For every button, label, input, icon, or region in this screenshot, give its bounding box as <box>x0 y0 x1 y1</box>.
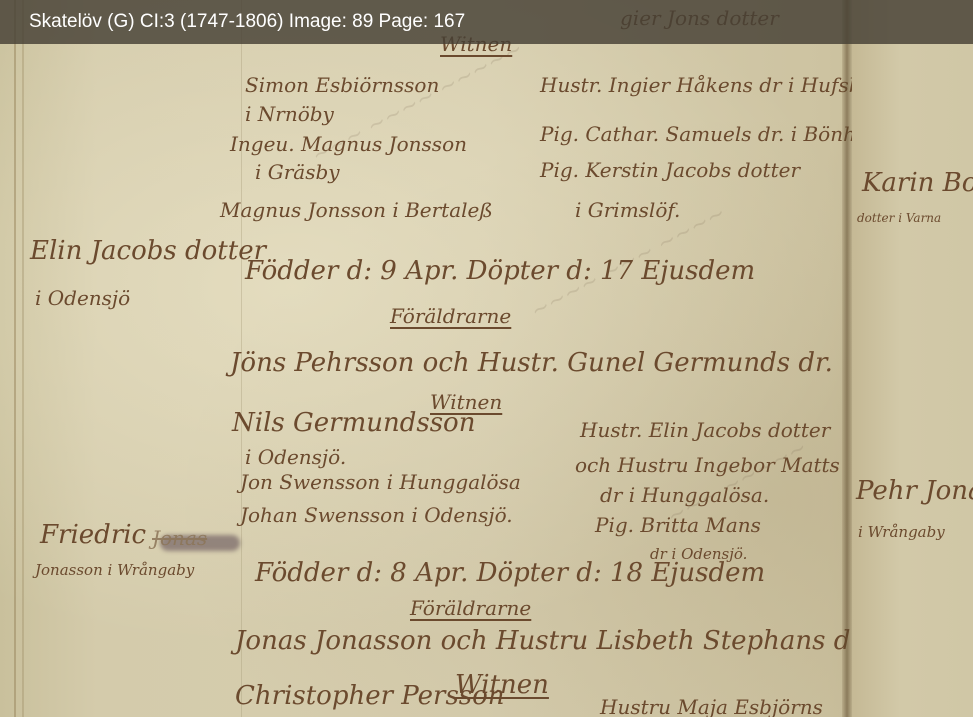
godmother-1-4: i Grimslöf. <box>575 200 680 220</box>
margin-name-2: Elin Jacobs dotter <box>30 238 266 264</box>
margin-surname-3: Jonasson i Wrångaby <box>35 563 194 578</box>
right-entry-1-name: Karin Bo <box>862 170 973 196</box>
parents-2: Jöns Pehrsson och Hustr. Gunel Germunds … <box>230 350 833 376</box>
witness-2-3: Jon Swensson i Hunggalösa <box>240 472 521 492</box>
parents-label-2: Föräldrarne <box>390 306 511 326</box>
witness-1-3: Ingeu. Magnus Jonsson <box>230 134 467 154</box>
witness-1-5: Magnus Jonsson i Bertaleß <box>220 200 493 220</box>
left-edge-line <box>14 0 16 717</box>
witness-2-2: i Odensjö. <box>245 447 346 467</box>
parents-label-3: Föräldrarne <box>410 598 531 618</box>
godmother-2-2: och Hustru Ingebor Matts <box>575 455 840 475</box>
left-edge-line-inner <box>22 0 24 717</box>
margin-place-2: i Odensjö <box>35 288 130 308</box>
godmother-1-1: Hustr. Ingier Håkens dr i Hufsby <box>540 75 873 95</box>
right-entry-1-line2: dotter i Varna <box>857 212 941 224</box>
witness-1-1: Simon Esbiörnsson <box>245 75 439 95</box>
viewer-title-bar: Skatelöv (G) CI:3 (1747-1806) Image: 89 … <box>0 0 973 44</box>
godmother-2-1: Hustr. Elin Jacobs dotter <box>580 420 830 440</box>
witness-1-4: i Gräsby <box>255 162 340 182</box>
godmother-1-2: Pig. Cathar. Samuels dr. i Bönhy <box>540 124 867 144</box>
margin-name-3: Friedric <box>40 522 146 548</box>
witness-2-4: Johan Swensson i Odensjö. <box>240 505 513 525</box>
witness-2-1: Nils Germundsson <box>232 410 475 436</box>
godmother-1-3: Pig. Kerstin Jacobs dotter <box>540 160 800 180</box>
godmother-3-fragment: Hustru Maja Esbjörns <box>600 697 823 717</box>
witness-1-2: i Nrnöby <box>245 104 334 124</box>
margin-name-3-struck: Jonas <box>152 528 207 548</box>
right-page <box>852 0 973 717</box>
birth-line-3: Födder d: 8 Apr. Döpter d: 18 Ejusdem <box>255 560 765 586</box>
page-gutter <box>842 0 852 717</box>
image-title: Skatelöv (G) CI:3 (1747-1806) Image: 89 … <box>29 11 465 33</box>
godmother-2-3: dr i Hunggalösa. <box>600 485 769 505</box>
witness-3-1: Christopher Persson <box>235 683 505 709</box>
parents-3: Jonas Jonasson och Hustru Lisbeth Stepha… <box>235 628 868 654</box>
birth-line-2: Födder d: 9 Apr. Döpter d: 17 Ejusdem <box>245 258 755 284</box>
godmother-2-4: Pig. Britta Mans <box>595 515 761 535</box>
right-entry-2-line2: i Wrångaby <box>858 525 945 540</box>
document-scan[interactable]: ~~~ ~~~~ ~~~~~ ~~~~ ~~~ ~~~~ ~~~ ~~~~~ g… <box>0 0 973 717</box>
right-entry-2-name: Pehr Jona <box>856 478 973 504</box>
